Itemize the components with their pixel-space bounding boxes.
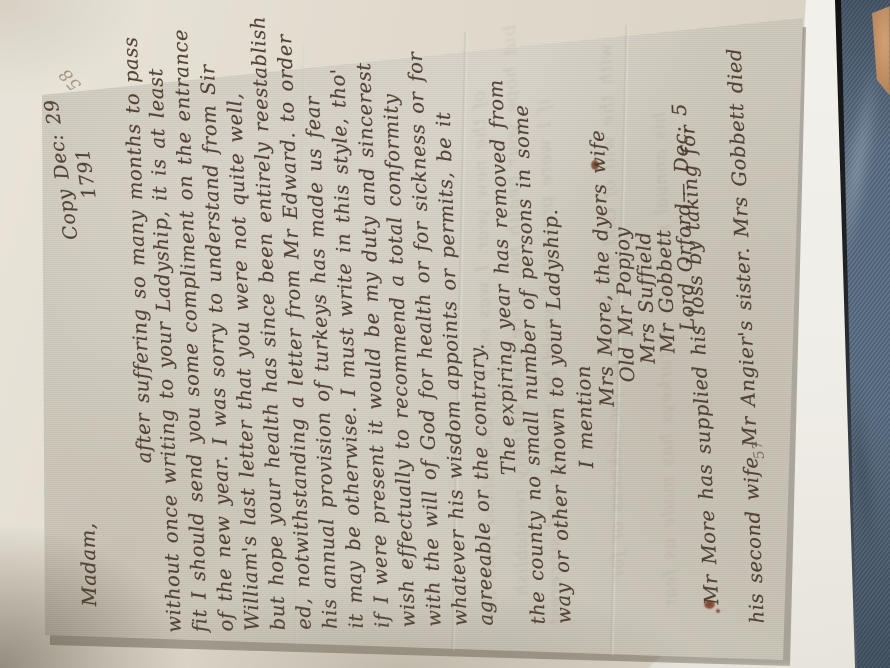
salutation: Madam, [76,522,101,607]
pencil-folio-number-top: 58 [55,64,86,95]
closing-line: Mr More has supplied his loss by taking … [676,124,723,605]
letter-text-block: Copy Dec: 29 1791 58 Madam, of the new y… [35,16,800,648]
closing-line: his second wife Mr Angier's sister. Mrs … [723,48,769,624]
letter-date: Copy Dec: 29 1791 [40,94,106,241]
photo-scene: Copy Dec: 29 1791 58 Madam, of the new y… [0,0,890,668]
pencil-folio-number-bottom: 57 [749,438,768,460]
